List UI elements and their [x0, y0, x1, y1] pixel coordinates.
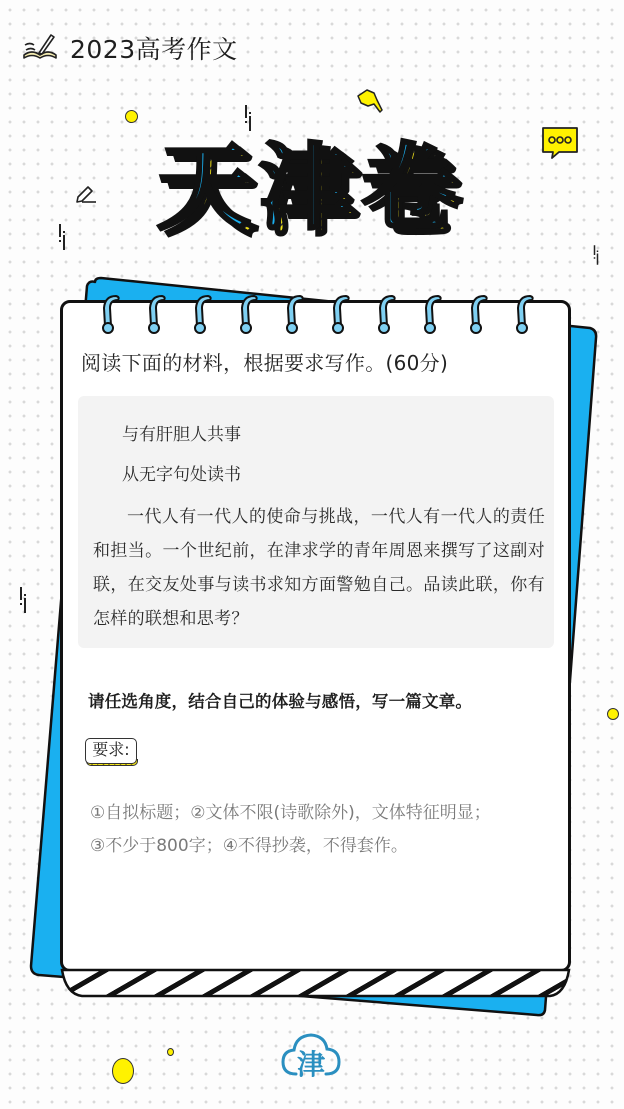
header-title: 2023高考作文 — [70, 30, 238, 66]
decor-dot — [167, 1048, 174, 1056]
header: 2023高考作文 — [22, 30, 238, 66]
cloud-jin-logo-icon: 津 — [280, 1030, 342, 1080]
spiral-ring-icon — [136, 288, 182, 336]
page-bottom-stripes — [60, 966, 571, 1000]
couplet-line-2: 从无字句处读书 — [122, 460, 241, 485]
couplet-line-1: 与有肝胆人共事 — [122, 420, 241, 445]
spiral-ring-icon — [412, 288, 458, 336]
decor-mark — [593, 245, 599, 265]
spiral-ring-icon — [366, 288, 412, 336]
svg-text:天津卷: 天津卷 — [157, 134, 463, 243]
spiral-rings — [90, 288, 550, 336]
prompt-heading: 阅读下面的材料，根据要求写作。(60分) — [81, 347, 448, 376]
spiral-ring-icon — [228, 288, 274, 336]
requirements-tag: 要求: — [85, 738, 141, 768]
pointer-hand-icon — [355, 88, 387, 116]
requirements-line-1: ①自拟标题；②文体不限(诗歌除外)，文体特征明显； — [90, 797, 560, 830]
svg-text:津: 津 — [297, 1048, 326, 1080]
requirements-line-2: ③不少于800字；④不得抄袭，不得套作。 — [90, 830, 560, 863]
material-passage: 一代人有一代人的使命与挑战，一代人有一代人的责任和担当。一个世纪前，在津求学的青… — [93, 500, 545, 636]
requirements-list: ①自拟标题；②文体不限(诗歌除外)，文体特征明显； ③不少于800字；④不得抄袭… — [90, 797, 560, 863]
spiral-ring-icon — [504, 288, 550, 336]
material-box: 与有肝胆人共事 从无字句处读书 一代人有一代人的使命与挑战，一代人有一代人的责任… — [78, 396, 554, 648]
spiral-ring-icon — [182, 288, 228, 336]
decor-mark — [244, 105, 252, 131]
decor-dot — [607, 708, 619, 720]
decor-dot — [112, 1058, 134, 1084]
banner-title: 天津卷 天津卷 — [0, 130, 624, 245]
book-pen-icon — [22, 31, 58, 65]
decor-dot — [125, 110, 138, 123]
writing-task: 请任选角度，结合自己的体验与感悟，写一篇文章。 — [88, 688, 472, 712]
spiral-ring-icon — [458, 288, 504, 336]
requirements-label: 要求: — [85, 738, 137, 764]
spiral-ring-icon — [320, 288, 366, 336]
spiral-ring-icon — [90, 288, 136, 336]
spiral-ring-icon — [274, 288, 320, 336]
